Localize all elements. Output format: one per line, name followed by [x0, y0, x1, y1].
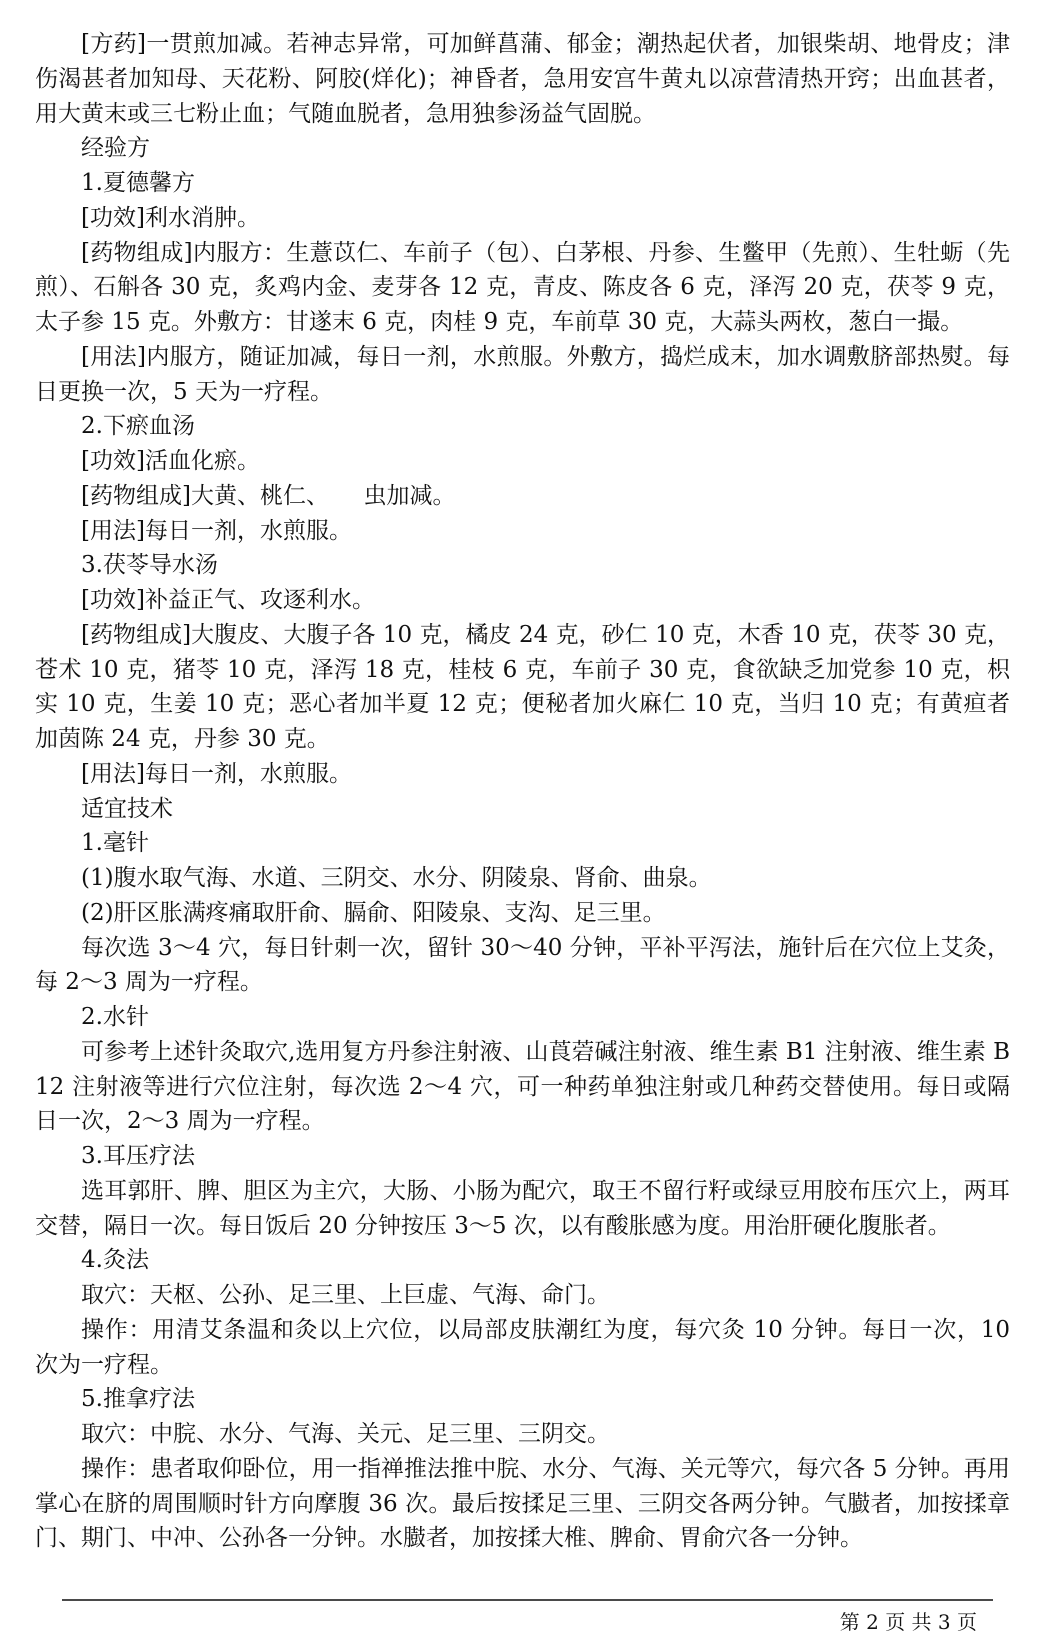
technique-4-points: 取穴：天枢、公孙、足三里、上巨虚、气海、命门。 — [35, 1278, 1010, 1313]
shiyi-jishu-heading: 适宜技术 — [35, 792, 1010, 827]
formula-2-title: 2.下瘀血汤 — [35, 409, 1010, 444]
page-footer: 第 2 页 共 3 页 — [62, 1599, 993, 1635]
technique-5-operation: 操作：患者取仰卧位，用一指禅推法推中脘、水分、气海、关元等穴，每穴各 5 分钟。… — [35, 1452, 1010, 1556]
formula-1-gongxiao: [功效]利水消肿。 — [35, 201, 1010, 236]
technique-1-title: 1.毫针 — [35, 826, 1010, 861]
jingyanfang-heading: 经验方 — [35, 131, 1010, 166]
technique-5-points: 取穴：中脘、水分、气海、关元、足三里、三阴交。 — [35, 1417, 1010, 1452]
page-number-label: 第 2 页 共 3 页 — [62, 1606, 993, 1635]
document-body: [方药]一贯煎加减。若神志异常，可加鲜菖蒲、郁金；潮热起伏者，加银柴胡、地骨皮；… — [0, 0, 1046, 1556]
formula-1-usage: [用法]内服方，随证加减，每日一剂，水煎服。外敷方，捣烂成末，加水调敷脐部热熨。… — [35, 340, 1010, 410]
formula-3-gongxiao: [功效]补益正气、攻逐利水。 — [35, 583, 1010, 618]
technique-3-method: 选耳郭肝、脾、胆区为主穴，大肠、小肠为配穴，取王不留行籽或绿豆用胶布压穴上，两耳… — [35, 1174, 1010, 1244]
formula-1-composition: [药物组成]内服方：生薏苡仁、车前子（包）、白茅根、丹参、生鳖甲（先煎）、生牡蛎… — [35, 236, 1010, 340]
formula-1-title: 1.夏德馨方 — [35, 166, 1010, 201]
formula-2-composition: [药物组成]大黄、桃仁、 虫加减。 — [35, 479, 1010, 514]
formula-3-usage: [用法]每日一剂，水煎服。 — [35, 757, 1010, 792]
technique-1-method: 每次选 3～4 穴，每日针刺一次，留针 30～40 分钟，平补平泻法，施针后在穴… — [35, 931, 1010, 1001]
formula-2-usage: [用法]每日一剂，水煎服。 — [35, 514, 1010, 549]
fangyao-paragraph: [方药]一贯煎加减。若神志异常，可加鲜菖蒲、郁金；潮热起伏者，加银柴胡、地骨皮；… — [35, 27, 1010, 131]
formula-3-composition: [药物组成]大腹皮、大腹子各 10 克，橘皮 24 克，砂仁 10 克，木香 1… — [35, 618, 1010, 757]
technique-2-title: 2.水针 — [35, 1000, 1010, 1035]
technique-1-point-selection-1: (1)腹水取气海、水道、三阴交、水分、阴陵泉、肾俞、曲泉。 — [35, 861, 1010, 896]
technique-2-method: 可参考上述针灸取穴,选用复方丹参注射液、山莨菪碱注射液、维生素 B1 注射液、维… — [35, 1035, 1010, 1139]
technique-1-point-selection-2: (2)肝区胀满疼痛取肝俞、膈俞、阳陵泉、支沟、足三里。 — [35, 896, 1010, 931]
formula-3-title: 3.茯苓导水汤 — [35, 548, 1010, 583]
document-page: [方药]一贯煎加减。若神志异常，可加鲜菖蒲、郁金；潮热起伏者，加银柴胡、地骨皮；… — [0, 0, 1046, 1652]
technique-5-title: 5.推拿疗法 — [35, 1382, 1010, 1417]
technique-4-title: 4.灸法 — [35, 1243, 1010, 1278]
formula-2-gongxiao: [功效]活血化瘀。 — [35, 444, 1010, 479]
technique-3-title: 3.耳压疗法 — [35, 1139, 1010, 1174]
technique-4-operation: 操作：用清艾条温和灸以上穴位，以局部皮肤潮红为度，每穴灸 10 分钟。每日一次，… — [35, 1313, 1010, 1383]
